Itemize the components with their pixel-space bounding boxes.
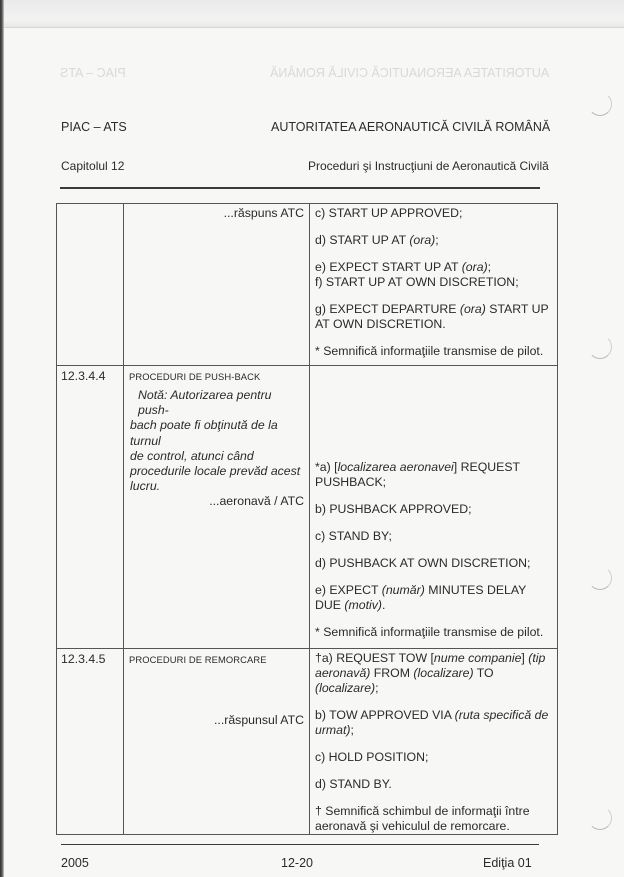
phrase-item: f) START UP AT OWN DISCRETION; bbox=[315, 275, 553, 290]
phrase-item: *a) [localizarea aeronavei] REQUEST PUSH… bbox=[315, 460, 553, 490]
speaker-label: ...răspunsul ATC bbox=[124, 713, 309, 728]
header-subtitle: Proceduri şi Instrucţiuni de Aeronautică… bbox=[308, 159, 549, 173]
speaker-label: ...răspuns ATC bbox=[124, 206, 309, 221]
bleed-through-left: PIAC – ATS bbox=[60, 66, 126, 80]
scan-left-edge bbox=[0, 0, 4, 877]
phrase-item: d) PUSHBACK AT OWN DISCRETION; bbox=[315, 556, 553, 571]
procedure-title: PROCEDURI DE REMORCARE bbox=[124, 649, 309, 667]
phrase-item: e) EXPECT (număr) MINUTES DELAY DUE (mot… bbox=[315, 583, 553, 613]
section-number: 12.3.4.5 bbox=[61, 652, 105, 666]
phraseology-table: ...răspuns ATC c) START UP APPROVED;d) S… bbox=[56, 203, 558, 835]
phrase-item: d) STAND BY. bbox=[315, 777, 553, 792]
punch-hole bbox=[588, 335, 612, 359]
note-line: Notă: Autorizarea pentru push- bbox=[130, 388, 303, 418]
table-row: 12.3.4.5 PROCEDURI DE REMORCARE ...răspu… bbox=[57, 649, 558, 835]
header-doc-code: PIAC – ATS bbox=[61, 120, 127, 134]
phrase-item: b) PUSHBACK APPROVED; bbox=[315, 502, 553, 517]
phrases-cell: c) START UP APPROVED;d) START UP AT (ora… bbox=[310, 204, 558, 366]
phrases-cell: *a) [localizarea aeronavei] REQUEST PUSH… bbox=[310, 366, 558, 649]
header-chapter: Capitolul 12 bbox=[61, 159, 124, 173]
footer-year: 2005 bbox=[61, 856, 89, 870]
footer-rule bbox=[61, 844, 539, 845]
note-line: de control, atunci când bbox=[130, 449, 303, 464]
punch-hole bbox=[588, 806, 612, 830]
punch-hole bbox=[588, 566, 612, 590]
header-rule bbox=[60, 187, 540, 189]
phrase-item: † Semnifică schimbul de informaţii între… bbox=[315, 804, 553, 834]
phrase-item: b) TOW APPROVED VIA (ruta specifică de u… bbox=[315, 708, 553, 738]
section-number: 12.3.4.4 bbox=[61, 369, 105, 383]
phrase-item: c) HOLD POSITION; bbox=[315, 750, 553, 765]
phrase-item: * Semnifică informaţiile transmise de pi… bbox=[315, 625, 553, 640]
table-row: 12.3.4.4 PROCEDURI DE PUSH-BACK Notă: Au… bbox=[57, 366, 558, 649]
phrases-cell: †a) REQUEST TOW [nume companie] (tip aer… bbox=[310, 649, 558, 835]
phrase-item: g) EXPECT DEPARTURE (ora) START UP AT OW… bbox=[315, 302, 553, 332]
header-authority: AUTORITATEA AERONAUTICĂ CIVILĂ ROMÂNĂ bbox=[271, 120, 550, 134]
note-line: bach poate fi obţinută de la turnul bbox=[130, 418, 303, 448]
footer-edition: Ediţia 01 bbox=[483, 856, 532, 870]
phrase-item: c) START UP APPROVED; bbox=[315, 206, 553, 221]
procedure-title: PROCEDURI DE PUSH-BACK bbox=[124, 366, 309, 384]
footer-page-number: 12-20 bbox=[281, 856, 313, 870]
speaker-label: ...aeronavă / ATC bbox=[124, 494, 309, 509]
phrase-item: d) START UP AT (ora); bbox=[315, 233, 553, 248]
table-row: ...răspuns ATC c) START UP APPROVED;d) S… bbox=[57, 204, 558, 366]
note-line: procedurile locale prevăd acest bbox=[130, 464, 303, 479]
bleed-through-right: AUTORITATEA AERONAUTICĂ CIVILĂ ROMÂNĂ bbox=[270, 66, 549, 80]
phrase-item: †a) REQUEST TOW [nume companie] (tip aer… bbox=[315, 651, 553, 696]
procedure-note: Notă: Autorizarea pentru push-bach poate… bbox=[124, 384, 309, 494]
scan-top-edge bbox=[0, 0, 624, 28]
phrase-item: c) STAND BY; bbox=[315, 529, 553, 544]
phrase-item: e) EXPECT START UP AT (ora); bbox=[315, 260, 553, 275]
note-line: lucru. bbox=[130, 479, 303, 494]
punch-hole bbox=[588, 92, 612, 116]
phrase-item: * Semnifică informaţiile transmise de pi… bbox=[315, 344, 553, 359]
